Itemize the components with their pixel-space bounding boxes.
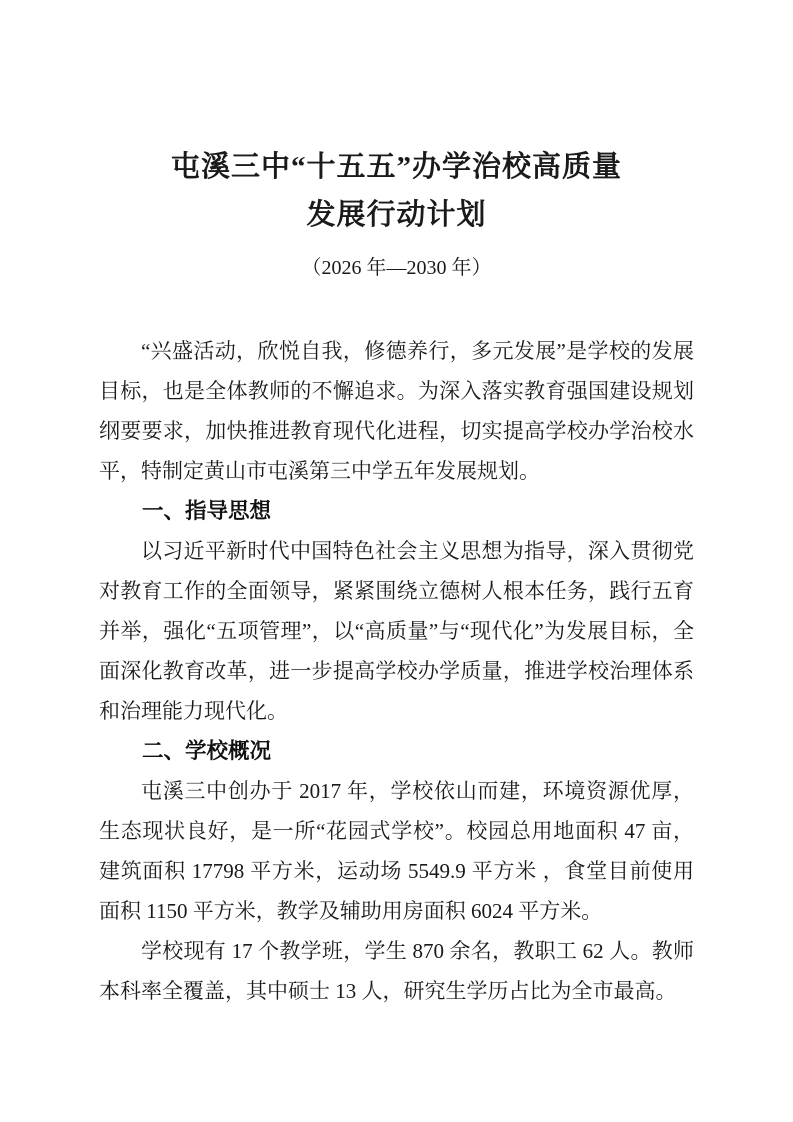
document-body: “兴盛活动，欣悦自我，修德养行，多元发展”是学校的发展目标，也是全体教师的不懈追… (99, 331, 694, 1011)
document-subtitle: （2026 年—2030 年） (0, 253, 793, 283)
paragraph-intro: “兴盛活动，欣悦自我，修德养行，多元发展”是学校的发展目标，也是全体教师的不懈追… (99, 331, 694, 491)
document-title-line2: 发展行动计划 (0, 191, 793, 239)
section-heading-guiding-ideology: 一、指导思想 (99, 491, 694, 531)
document-page: 屯溪三中“十五五”办学治校高质量 发展行动计划 （2026 年—2030 年） … (0, 0, 793, 1122)
document-title: 屯溪三中“十五五”办学治校高质量 发展行动计划 (0, 0, 793, 239)
paragraph-school-overview-campus: 屯溪三中创办于 2017 年，学校依山而建，环境资源优厚，生态现状良好，是一所“… (99, 771, 694, 931)
section-heading-school-overview: 二、学校概况 (99, 731, 694, 771)
paragraph-guiding-ideology: 以习近平新时代中国特色社会主义思想为指导，深入贯彻党对教育工作的全面领导，紧紧围… (99, 531, 694, 731)
document-title-line1: 屯溪三中“十五五”办学治校高质量 (0, 143, 793, 191)
paragraph-school-overview-staff: 学校现有 17 个教学班，学生 870 余名，教职工 62 人。教师本科率全覆盖… (99, 931, 694, 1011)
